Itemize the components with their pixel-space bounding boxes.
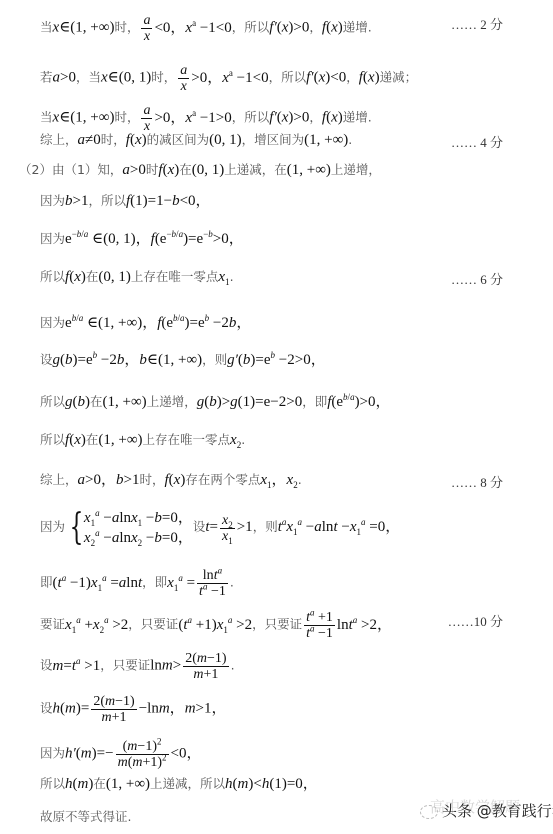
solution-line-20: 所以h(m)在(1, +∞)上递减，所以h(m)<h(1)=0， bbox=[40, 775, 318, 794]
solution-line-16: 要证x1a +x2a >2，只要证(ta +1)x1a >2，只要证ta +1t… bbox=[40, 610, 392, 641]
solution-line-2: 若a>0，当x∈(0, 1)时，ax>0，xa −1<0，所以f′(x)<0，f… bbox=[40, 63, 417, 94]
solution-line-4: 综上，a≠0时，f(x)的减区间为(0, 1)，增区间为(1, +∞). bbox=[40, 131, 352, 150]
solution-line-17: 设m=ta >1，只要证lnm>2(m−1)m+1. bbox=[40, 651, 235, 682]
solution-line-18: 设h(m)=2(m−1)m+1−lnm，m>1， bbox=[40, 694, 227, 725]
watermark-text: 头条 @教育践行者 bbox=[442, 802, 553, 820]
score-2: …… 2 分 bbox=[451, 14, 503, 33]
score-4: …… 4 分 bbox=[451, 132, 503, 151]
solution-line-13: 综上，a>0，b>1时，f(x)存在两个零点x1，x2. bbox=[40, 471, 302, 490]
solution-line-21: 故原不等式得证. bbox=[40, 808, 131, 827]
solution-line-19: 因为h′(m)=−(m−1)2m(m+1)2<0， bbox=[40, 739, 202, 770]
score-6: …… 6 分 bbox=[451, 269, 503, 288]
solution-line-12: 所以f(x)在(1, +∞)上存在唯一零点x2. bbox=[40, 431, 245, 450]
solution-line-7: 因为e−b/a ∈(0, 1)，f(e−b/a)=e−b>0， bbox=[40, 230, 244, 249]
solution-line-5: （2）由（1）知，a>0时f(x)在(0, 1)上递减，在(1, +∞)上递增， bbox=[19, 161, 381, 180]
watermark: 高中数学解题 头条 @教育践行者 bbox=[420, 800, 553, 821]
solution-line-10: 设g(b)=eb −2b，b∈(1, +∞)，则g′(b)=eb −2>0， bbox=[40, 351, 326, 370]
solution-line-9: 因为eb/a ∈(1, +∞)，f(eb/a)=eb −2b， bbox=[40, 314, 251, 333]
solution-line-14: 因为{x1a −alnx1 −b=0，x2a −alnx2 −b=0，设t=x2… bbox=[40, 508, 400, 548]
solution-line-8: 所以f(x)在(0, 1)上存在唯一零点x1. bbox=[40, 268, 234, 287]
solution-line-1: 当x∈(1, +∞)时，ax<0，xa −1<0，所以f′(x)>0，f(x)递… bbox=[40, 13, 372, 44]
score-8: …… 8 分 bbox=[451, 472, 503, 491]
solution-line-6: 因为b>1，所以f(1)=1−b<0， bbox=[40, 192, 211, 211]
solution-line-15: 即(ta −1)x1a =alnt，即x1a =lntata −1. bbox=[40, 568, 234, 599]
solution-line-11: 所以g(b)在(1, +∞)上递增，g(b)>g(1)=e−2>0，即f(eb/… bbox=[40, 393, 391, 412]
score-10: ……10 分 bbox=[448, 611, 503, 630]
solution-line-3: 当x∈(1, +∞)时，ax>0，xa −1>0，所以f′(x)>0，f(x)递… bbox=[40, 103, 372, 134]
